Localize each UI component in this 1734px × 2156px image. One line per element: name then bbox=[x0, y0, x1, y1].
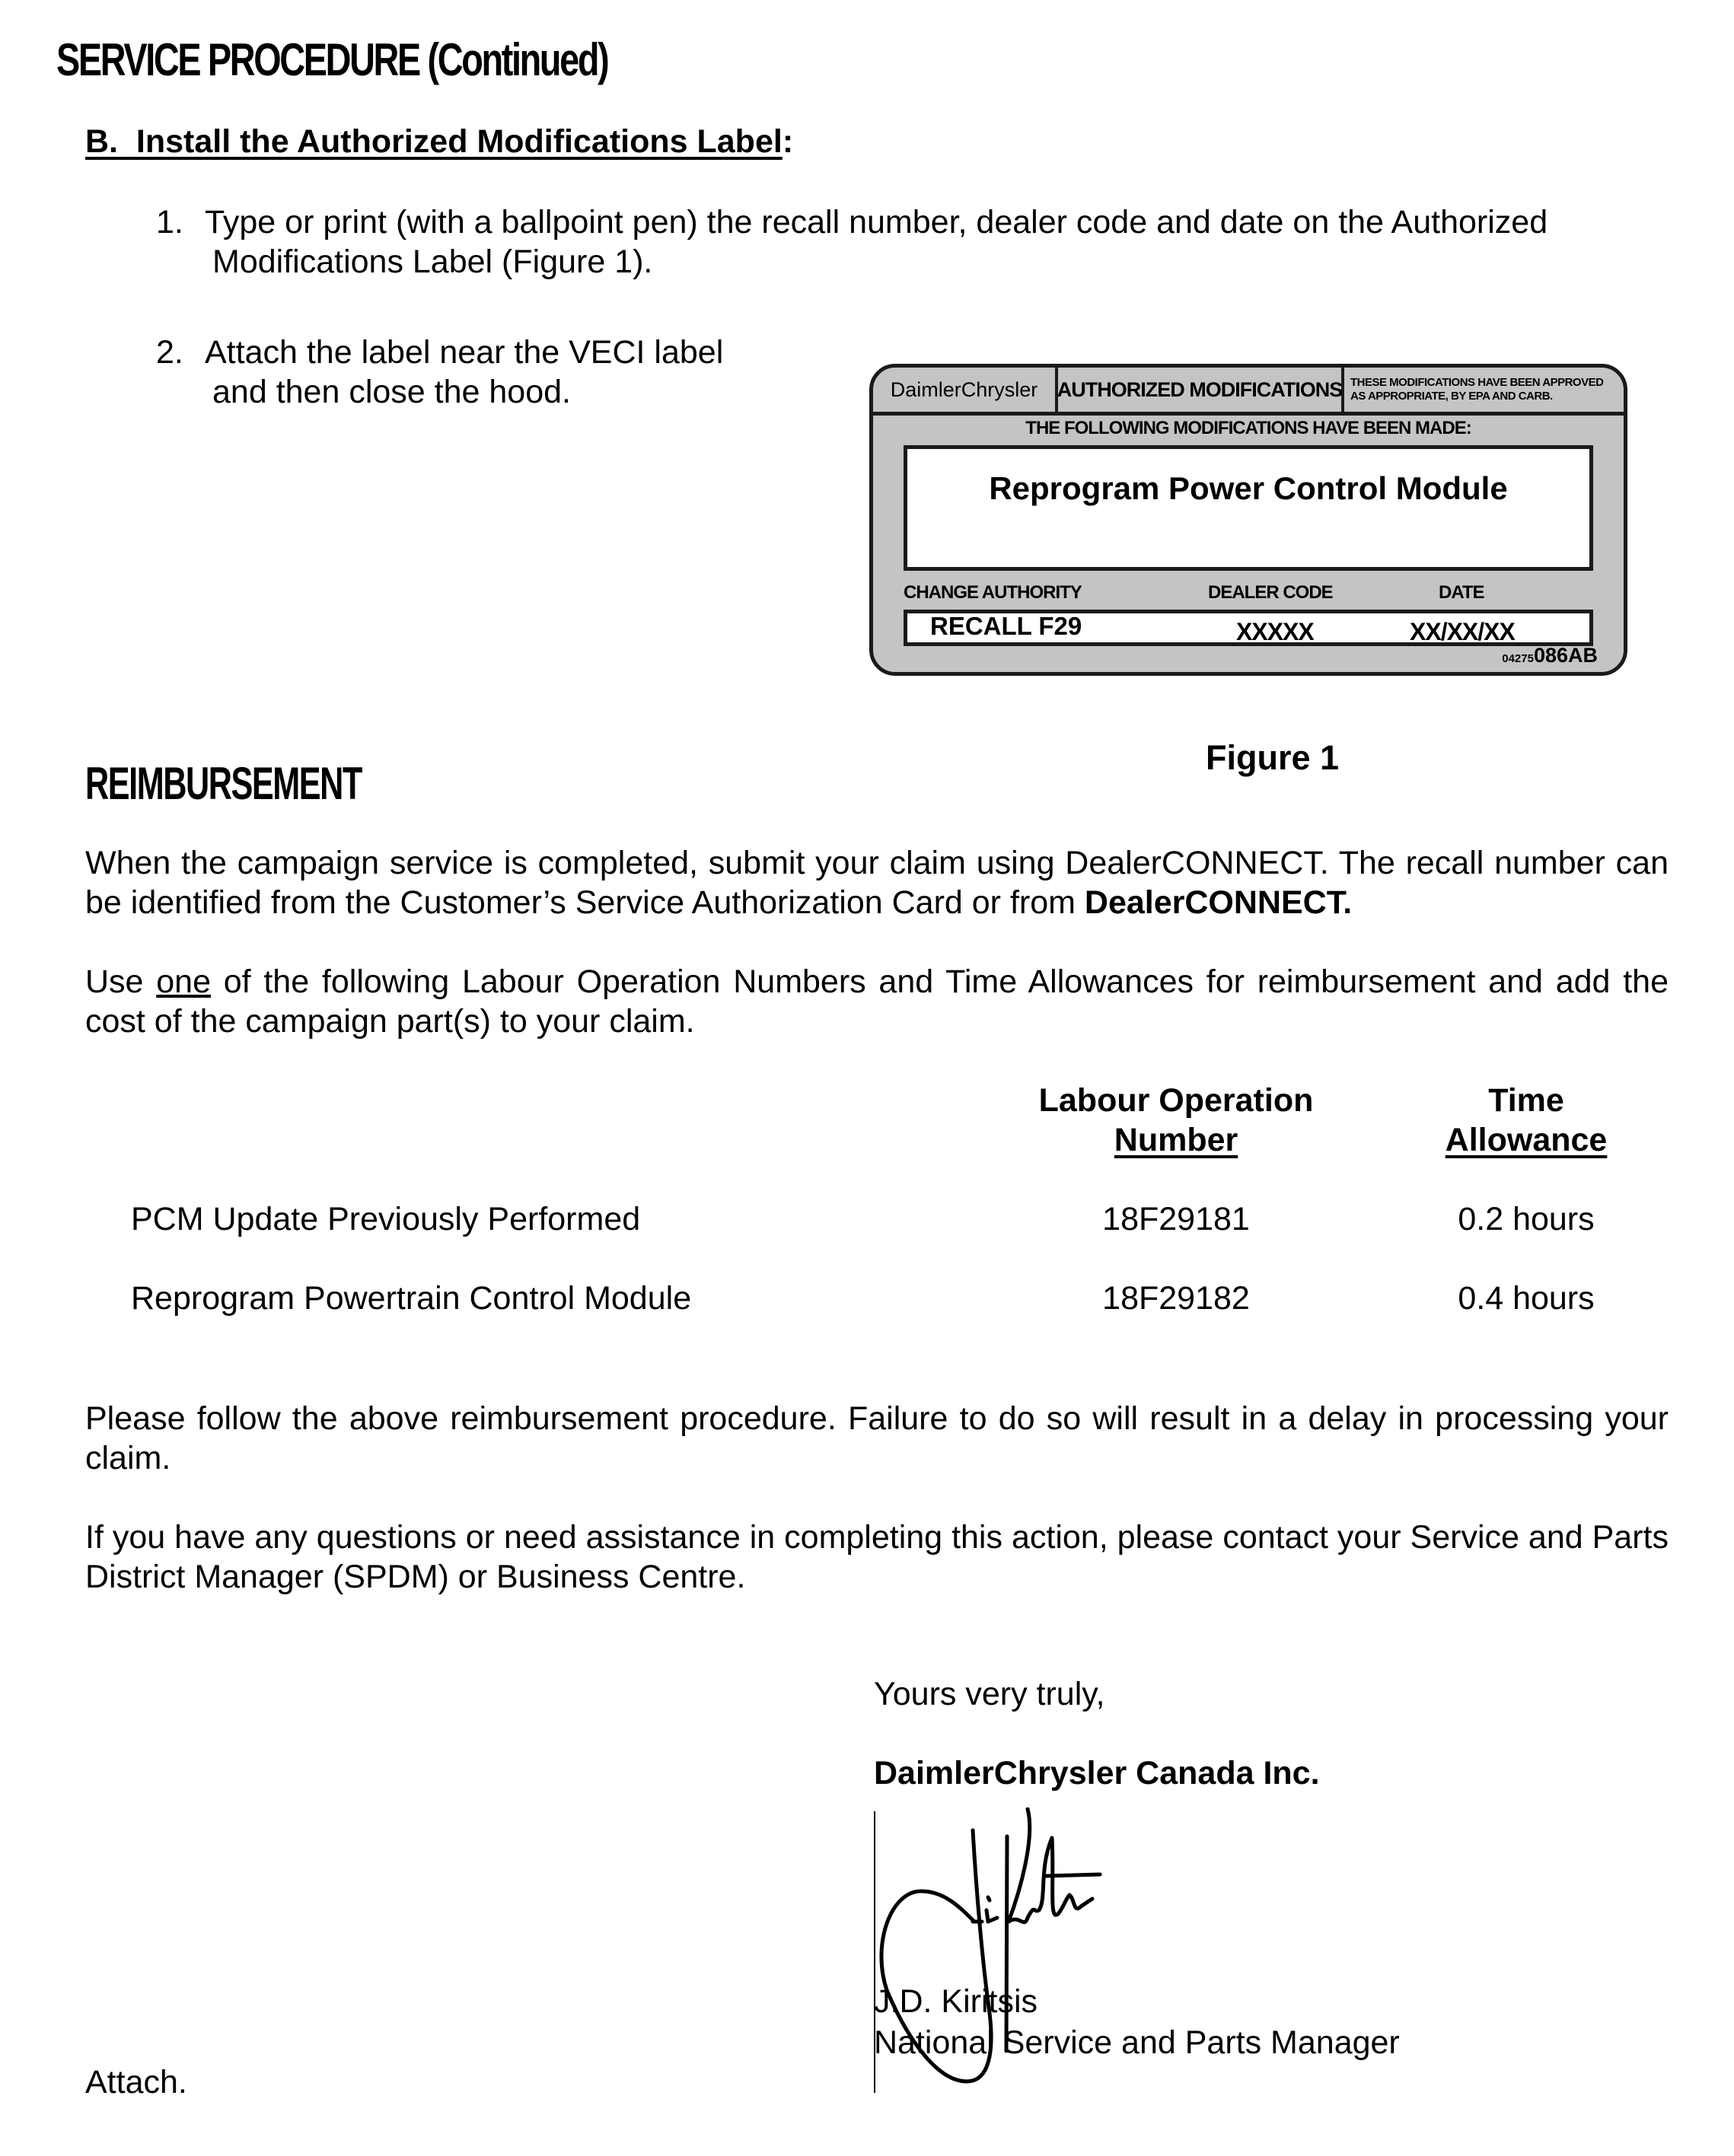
section-letter: B. bbox=[85, 123, 118, 160]
labour-operation-header: Labour Operation Number bbox=[990, 1081, 1363, 1160]
signer-title: National Service and Parts Manager bbox=[874, 2023, 1400, 2062]
label-part-suffix: 086AB bbox=[1534, 644, 1598, 667]
step-text-cont: and then close the hood. bbox=[156, 372, 723, 412]
reimbursement-paragraph-3: Please follow the above reimbursement pr… bbox=[85, 1399, 1669, 1478]
row-time: 0.4 hours bbox=[1416, 1280, 1637, 1317]
reimbursement-paragraph-4: If you have any questions or need assist… bbox=[85, 1517, 1669, 1597]
reimbursement-paragraph-2: Use one of the following Labour Operatio… bbox=[85, 962, 1669, 1041]
label-modification-text: Reprogram Power Control Module bbox=[907, 470, 1589, 507]
step-text: Type or print (with a ballpoint pen) the… bbox=[205, 204, 1548, 240]
page-title: SERVICE PROCEDURE (Continued) bbox=[56, 33, 607, 86]
signer-name: J.D. Kiritsis bbox=[874, 1982, 1038, 2021]
labour-header-line1: Labour Operation bbox=[990, 1081, 1363, 1120]
label-part-prefix: 04275 bbox=[1502, 652, 1534, 665]
section-title: Install the Authorized Modifications Lab… bbox=[136, 123, 783, 160]
step-number: 2. bbox=[156, 333, 205, 372]
label-approval-line2: AS APPROPRIATE, BY EPA AND CARB. bbox=[1350, 390, 1553, 403]
figure-caption: Figure 1 bbox=[1206, 738, 1339, 778]
reimbursement-paragraph-1: When the campaign service is completed, … bbox=[85, 843, 1669, 922]
row-labour-op: 18F29182 bbox=[990, 1280, 1363, 1317]
one-underlined: one bbox=[156, 963, 211, 1000]
step-2: 2.Attach the label near the VECI label a… bbox=[156, 333, 723, 412]
label-approval: THESE MODIFICATIONS HAVE BEEN APPROVED A… bbox=[1344, 368, 1624, 412]
label-date-value: XX/XX/XX bbox=[1410, 618, 1515, 646]
row-labour-op: 18F29181 bbox=[990, 1201, 1363, 1238]
authorized-modifications-label-figure: DaimlerChrysler AUTHORIZED MODIFICATIONS… bbox=[869, 364, 1627, 676]
label-brand: DaimlerChrysler bbox=[873, 368, 1058, 412]
row-description: PCM Update Previously Performed bbox=[131, 1201, 640, 1238]
step-1: 1.Type or print (with a ballpoint pen) t… bbox=[156, 202, 1548, 282]
para2-text-b: of the following Labour Operation Number… bbox=[85, 963, 1669, 1040]
reimbursement-heading: REIMBURSEMENT bbox=[85, 757, 362, 810]
time-allowance-header: Time Allowance bbox=[1416, 1081, 1637, 1160]
label-change-authority-caption: CHANGE AUTHORITY bbox=[904, 582, 1082, 603]
label-made-heading: THE FOLLOWING MODIFICATIONS HAVE BEEN MA… bbox=[873, 418, 1624, 439]
step-number: 1. bbox=[156, 202, 205, 242]
label-modification-box: Reprogram Power Control Module bbox=[904, 445, 1593, 571]
time-header-line2: Allowance bbox=[1446, 1122, 1608, 1158]
section-heading: B. Install the Authorized Modifications … bbox=[85, 123, 793, 161]
label-title: AUTHORIZED MODIFICATIONS bbox=[1058, 368, 1344, 412]
step-text: Attach the label near the VECI label bbox=[205, 334, 723, 371]
labour-header-line2: Number bbox=[1114, 1122, 1238, 1158]
time-header-line1: Time bbox=[1416, 1081, 1637, 1120]
attachment-note: Attach. bbox=[85, 2062, 187, 2102]
row-description: Reprogram Powertrain Control Module bbox=[131, 1280, 691, 1317]
para2-text-a: Use bbox=[85, 963, 156, 1000]
label-field-values: RECALL F29 XXXXX XX/XX/XX bbox=[904, 610, 1593, 646]
label-date-caption: DATE bbox=[1439, 582, 1484, 603]
row-time: 0.2 hours bbox=[1416, 1201, 1637, 1238]
label-dealer-code-value: XXXXX bbox=[1236, 618, 1314, 646]
label-dealer-code-caption: DEALER CODE bbox=[1208, 582, 1333, 603]
step-text-cont: Modifications Label (Figure 1). bbox=[156, 242, 1548, 282]
para1-text: When the campaign service is completed, … bbox=[85, 845, 1669, 921]
label-approval-line1: THESE MODIFICATIONS HAVE BEEN APPROVED bbox=[1350, 376, 1603, 390]
label-change-authority-value: RECALL F29 bbox=[930, 612, 1082, 641]
label-field-labels: CHANGE AUTHORITY DEALER CODE DATE bbox=[904, 582, 1593, 605]
closing-salutation: Yours very truly, bbox=[874, 1674, 1105, 1714]
closing-company: DaimlerChrysler Canada Inc. bbox=[874, 1753, 1320, 1793]
dealerconnect-bold: DealerCONNECT. bbox=[1085, 884, 1352, 921]
label-part-number: 04275086AB bbox=[1502, 644, 1598, 667]
label-header: DaimlerChrysler AUTHORIZED MODIFICATIONS… bbox=[873, 368, 1624, 416]
section-colon: : bbox=[783, 123, 793, 160]
